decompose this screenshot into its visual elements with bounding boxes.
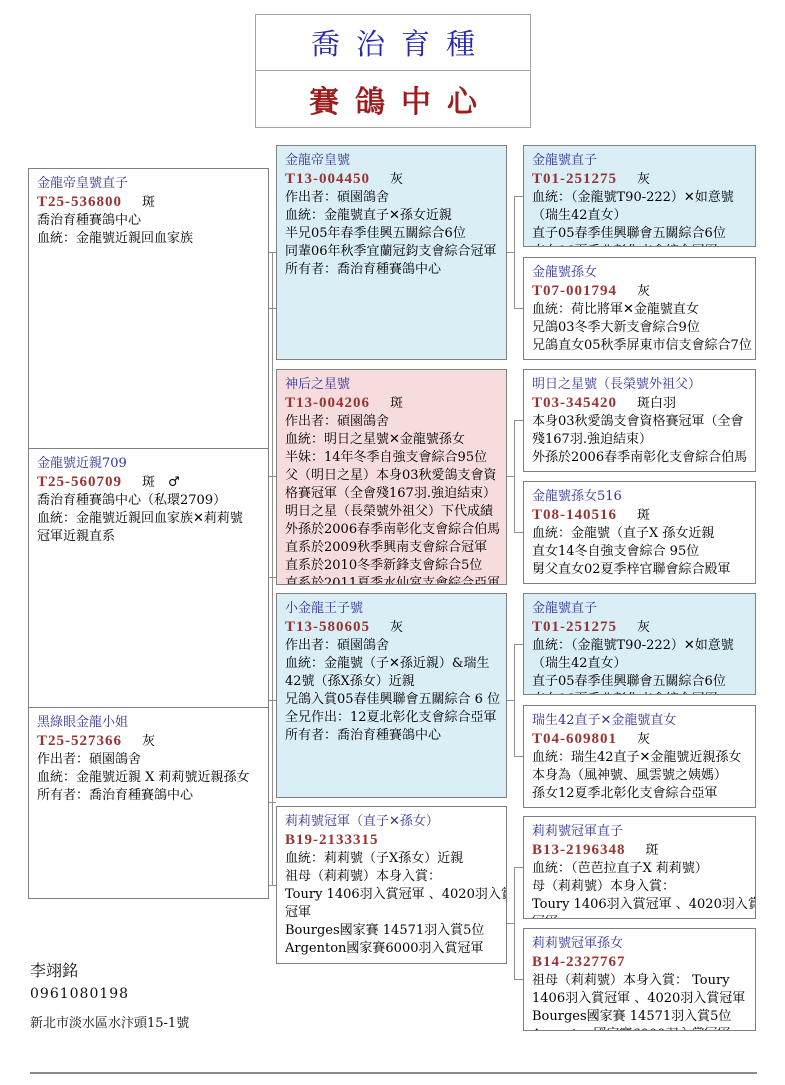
pedigree-text-line: 血統：（芭芭拉直子X 莉莉號） — [532, 860, 747, 878]
pedigree-text-line: Bourges國家賽 14571羽入賞5位 — [285, 922, 498, 940]
ring-line: T13-004206斑 — [285, 394, 498, 413]
pedigree-text-line: 直女14冬自強支會綜合 95位 — [532, 543, 747, 561]
ring-number: B14-2327767 — [532, 954, 626, 970]
connector-line — [269, 252, 276, 253]
pedigree-box-mid-2: 神后之星號 T13-004206斑 作出者：碩園鴿舍血統：明日之星號✕金龍號孫女… — [276, 369, 507, 585]
contact-address: 新北市淡水區水汴頭15-1號 — [30, 1012, 189, 1031]
pedigree-text-line: 血統：金龍號（直子X 孫女近親 — [532, 525, 747, 543]
pedigree-text-line: 作出者：碩園鴿舍 — [285, 413, 498, 431]
pedigree-text-line: 全兄作出：12夏北彰化支會綜合亞軍 — [285, 709, 498, 727]
pedigree-text-line: 半妹：14年冬季自強支會綜合95位 — [285, 449, 498, 467]
pigeon-name: 金龍號近親709 — [37, 455, 260, 473]
pedigree-text-line: 外孫於2006春季南彰化支會綜合伯馬 — [285, 521, 498, 539]
ring-number: T08-140516 — [532, 507, 617, 523]
connector-line — [507, 923, 514, 924]
pedigree-text-line: 血統：金龍號（子✕孫近親）&瑞生 — [285, 655, 498, 673]
connector-line — [514, 196, 515, 309]
ring-number: T01-251275 — [532, 619, 617, 635]
ring-number: T04-609801 — [532, 731, 617, 747]
ring-number: B13-2196348 — [532, 842, 626, 858]
pedigree-box-left-3: 黑綠眼金龍小姐 T25-527366灰 作出者：碩園鴿舍血統：金龍號近親 X 莉… — [28, 707, 269, 899]
connector-line — [269, 308, 276, 309]
pedigree-box-right-8: 莉莉號冠軍孫女 B14-2327767 祖母（莉莉號）本身入賞： Toury14… — [523, 928, 756, 1031]
header-title-line2: 賽鴿中心 — [293, 77, 493, 121]
pedigree-text-line: 冠軍近親直系 — [37, 528, 260, 546]
pedigree-text-line: 外孫於2006春季南彰化支會綜合伯馬 — [532, 449, 747, 467]
connector-line — [269, 577, 276, 578]
ring-color-note: 斑 — [637, 508, 650, 523]
ring-number: T13-004450 — [285, 171, 370, 187]
ring-line: B13-2196348斑 — [532, 841, 747, 860]
pedigree-text-line: 血統：金龍號近親回血家族✕莉莉號 — [37, 510, 260, 528]
pigeon-name: 金龍號直子 — [532, 600, 747, 618]
pedigree-text-line: Argenton國家賽6000羽入賞冠軍 — [532, 1026, 747, 1031]
pedigree-box-right-3: 明日之星號（長榮號外祖父） T03-345420斑白羽 本身03秋愛鴿支會資格賽… — [523, 369, 756, 472]
connector-line — [514, 979, 523, 980]
pedigree-text-line: 血統：（金龍號T90-222）✕如意號 — [532, 189, 747, 207]
ring-color-note: 灰 — [637, 732, 650, 747]
pedigree-text-line: 血統：金龍號直子✕孫女近親 — [285, 207, 498, 225]
connector-line — [507, 476, 514, 477]
pedigree-text-line: 冠軍 — [285, 904, 498, 922]
pedigree-text-line: 本身為（風神號、風雲號之姨媽） — [532, 767, 747, 785]
pedigree-text-line: 血統：金龍號近親回血家族 — [37, 230, 260, 248]
ring-number: T03-345420 — [532, 395, 617, 411]
pedigree-text-line: 血統：金龍號近親 X 莉莉號近親孫女 — [37, 769, 260, 787]
pedigree-text-line: 半兄05年春季佳興五關綜合6位 — [285, 225, 498, 243]
ring-number: T13-004206 — [285, 395, 370, 411]
connector-line — [269, 885, 276, 886]
ring-line: B14-2327767 — [532, 953, 747, 972]
pedigree-text-line: 兄鴿入賞05春佳興聯會五關綜合 6 位 — [285, 691, 498, 709]
pedigree-text-line: 兄鴿03冬季大新支會綜合9位 — [532, 319, 747, 337]
ring-number: T07-001794 — [532, 283, 617, 299]
pedigree-text-line: 格賽冠軍（全會殘167羽.強迫結束） — [285, 485, 498, 503]
ring-line: T13-004450灰 — [285, 170, 498, 189]
connector-line — [514, 420, 515, 533]
ring-number: T25-560709 — [37, 474, 122, 490]
ring-color-note: 斑 ♂ — [142, 475, 180, 490]
pedigree-text-line: 血統：瑞生42直子✕金龍號近親孫女 — [532, 749, 747, 767]
connector-line — [514, 756, 523, 757]
ring-line: B19-2133315 — [285, 831, 498, 850]
pedigree-text-line: （瑞生42直女） — [532, 207, 747, 225]
connector-line — [269, 802, 276, 803]
pedigree-text-line: 母（莉莉號）本身入賞： — [532, 878, 747, 896]
connector-line — [514, 532, 523, 533]
pedigree-text-line: 直系於2010冬季新鋒支會綜合5位 — [285, 557, 498, 575]
pedigree-box-mid-3: 小金龍王子號 T13-580605灰 作出者：碩園鴿舍血統：金龍號（子✕孫近親）… — [276, 593, 507, 798]
pedigree-text-line: 殘167羽.強迫結束） — [532, 431, 747, 449]
pedigree-text-line: 血統：（金龍號T90-222）✕如意號 — [532, 637, 747, 655]
connector-line — [514, 867, 515, 980]
pigeon-name: 金龍帝皇號直子 — [37, 175, 260, 193]
ring-number: T25-527366 — [37, 733, 122, 749]
ring-line: T01-251275灰 — [532, 170, 747, 189]
ring-line: T13-580605灰 — [285, 618, 498, 637]
pedigree-text-line: （瑞生42直女） — [532, 655, 747, 673]
connector-line — [514, 420, 523, 421]
pigeon-name: 神后之星號 — [285, 376, 498, 394]
connector-line — [514, 308, 523, 309]
pigeon-name: 金龍號孫女 — [532, 264, 747, 282]
pigeon-name: 莉莉號冠軍（直子✕孫女） — [285, 813, 498, 831]
pedigree-box-left-2: 金龍號近親709 T25-560709斑 ♂ 喬治育種賽鴿中心（私環2709）血… — [28, 448, 269, 708]
pedigree-text-line: 作出者：碩園鴿舍 — [285, 637, 498, 655]
connector-line — [269, 700, 276, 701]
pedigree-box-right-6: 瑞生42直子✕金龍號直女 T04-609801灰 血統：瑞生42直子✕金龍號近親… — [523, 705, 756, 808]
pigeon-name: 小金龍王子號 — [285, 600, 498, 618]
pedigree-text-line: 血統：莉莉號（子X孫女）近親 — [285, 850, 498, 868]
pedigree-text-line: Argenton國家賽6000羽入賞冠軍 — [285, 940, 498, 958]
ring-line: T01-251275灰 — [532, 618, 747, 637]
pigeon-name: 金龍號直子 — [532, 152, 747, 170]
ring-line: T07-001794灰 — [532, 282, 747, 301]
pedigree-text-line: 直女06夏季北彰化支會綜合冠軍 — [532, 243, 747, 247]
ring-line: T25-560709斑 ♂ — [37, 473, 260, 492]
pedigree-text-line: 血統：明日之星號✕金龍號孫女 — [285, 431, 498, 449]
pedigree-text-line: Bourges國家賽 14571羽入賞5位 — [532, 1008, 747, 1026]
ring-line: T08-140516斑 — [532, 506, 747, 525]
pedigree-text-line: 直子05春季佳興聯會五關綜合6位 — [532, 673, 747, 691]
pedigree-text-line: 祖母（莉莉號）本身入賞： Toury — [532, 972, 747, 990]
pedigree-text-line: 血統：荷比將軍✕金龍號直女 — [532, 301, 747, 319]
bottom-rule — [30, 1072, 757, 1074]
pedigree-box-mid-4: 莉莉號冠軍（直子✕孫女） B19-2133315 血統：莉莉號（子X孫女）近親祖… — [276, 806, 507, 964]
pedigree-box-right-1: 金龍號直子 T01-251275灰 血統：（金龍號T90-222）✕如意號（瑞生… — [523, 145, 756, 247]
pedigree-box-right-4: 金龍號孫女516 T08-140516斑 血統：金龍號（直子X 孫女近親直女14… — [523, 481, 756, 584]
pedigree-text-line: 兄鴿直女05秋季屏東市信支會綜合7位 — [532, 337, 747, 355]
ring-number: B19-2133315 — [285, 832, 379, 848]
pedigree-text-line: 直系於2009秋季興南支會綜合冠軍 — [285, 539, 498, 557]
pedigree-text-line: 直女06夏季北彰化支會綜合冠軍 — [532, 691, 747, 695]
pedigree-text-line: 明日之星（長榮號外祖父）下代成績 — [285, 503, 498, 521]
connector-line — [507, 252, 514, 253]
pedigree-text-line: Toury 1406羽入賞冠軍 、4020羽入賞 — [285, 886, 498, 904]
pedigree-text-line: 作出者：碩園鴿舍 — [285, 189, 498, 207]
ring-color-note: 斑 — [646, 843, 659, 858]
pedigree-text-line: Toury 1406羽入賞冠軍 、4020羽入賞 — [532, 896, 747, 914]
pedigree-text-line: 所有者：喬治育種賽鴿中心 — [37, 787, 260, 805]
pedigree-text-line: 1406羽入賞冠軍 、4020羽入賞冠軍 — [532, 990, 747, 1008]
header-title-line1: 喬治育種 — [295, 22, 491, 63]
pedigree-text-line: 所有者：喬治育種賽鴿中心 — [285, 261, 498, 279]
ring-color-note: 灰 — [142, 734, 155, 749]
ring-color-note: 斑 — [390, 396, 403, 411]
pedigree-text-line: 喬治育種賽鴿中心 — [37, 212, 260, 230]
connector-line — [514, 644, 515, 757]
pedigree-text-line: 孫女12夏季北彰化支會綜合亞軍 — [532, 785, 747, 803]
pedigree-text-line: 喬治育種賽鴿中心（私環2709） — [37, 492, 260, 510]
pigeon-name: 瑞生42直子✕金龍號直女 — [532, 712, 747, 730]
ring-number: T25-536800 — [37, 194, 122, 210]
pedigree-text-line: 作出者：碩園鴿舍 — [37, 751, 260, 769]
pedigree-box-right-7: 莉莉號冠軍直子 B13-2196348斑 血統：（芭芭拉直子X 莉莉號）母（莉莉… — [523, 816, 756, 919]
pedigree-box-mid-1: 金龍帝皇號 T13-004450灰 作出者：碩園鴿舍血統：金龍號直子✕孫女近親半… — [276, 145, 507, 360]
pedigree-text-line: 舅父直女02夏季梓官聯會綜合殿軍 — [532, 561, 747, 579]
pedigree-box-left-1: 金龍帝皇號直子 T25-536800斑 喬治育種賽鴿中心血統：金龍號近親回血家族 — [28, 168, 269, 449]
pedigree-text-line: 直子05春季佳興聯會五關綜合6位 — [532, 225, 747, 243]
pigeon-name: 明日之星號（長榮號外祖父） — [532, 376, 747, 394]
pigeon-name: 莉莉號冠軍孫女 — [532, 935, 747, 953]
ring-line: T25-527366灰 — [37, 732, 260, 751]
connector-line — [514, 867, 523, 868]
connector-line — [272, 252, 273, 886]
pedigree-text-line: 直系於2011夏季水仙宮支會綜合亞軍 — [285, 575, 498, 585]
pigeon-name: 金龍號孫女516 — [532, 488, 747, 506]
pedigree-text-line: 42號（孫X孫女）近親 — [285, 673, 498, 691]
ring-color-note: 斑 — [142, 195, 155, 210]
pigeon-name: 金龍帝皇號 — [285, 152, 498, 170]
ring-number: T01-251275 — [532, 171, 617, 187]
connector-line — [514, 644, 523, 645]
contact-phone: 0961080198 — [30, 986, 129, 1002]
pedigree-text-line: 所有者：喬治育種賽鴿中心 — [285, 727, 498, 745]
pedigree-text-line: 父（明日之星）本身03秋愛鴿支會資 — [285, 467, 498, 485]
pedigree-text-line: 祖母（莉莉號）本身入賞： — [285, 868, 498, 886]
ring-line: T04-609801灰 — [532, 730, 747, 749]
pedigree-text-line: 冠軍 — [532, 914, 747, 919]
contact-name: 李翊銘 — [30, 958, 78, 981]
pedigree-text-line: 本身03秋愛鴿支會資格賽冠軍（全會 — [532, 413, 747, 431]
pedigree-text-line: 同輩06年秋季宜蘭冠鈞支會綜合冠軍 — [285, 243, 498, 261]
connector-line — [507, 700, 514, 701]
header-box-racing-center: 賽鴿中心 — [255, 70, 531, 128]
pigeon-name: 黑綠眼金龍小姐 — [37, 714, 260, 732]
ring-color-note: 灰 — [637, 172, 650, 187]
pedigree-box-right-2: 金龍號孫女 T07-001794灰 血統：荷比將軍✕金龍號直女兄鴿03冬季大新支… — [523, 257, 756, 360]
pedigree-box-right-5: 金龍號直子 T01-251275灰 血統：（金龍號T90-222）✕如意號（瑞生… — [523, 593, 756, 695]
ring-color-note: 灰 — [637, 284, 650, 299]
ring-line: T03-345420斑白羽 — [532, 394, 747, 413]
ring-line: T25-536800斑 — [37, 193, 260, 212]
ring-color-note: 斑白羽 — [637, 396, 676, 411]
connector-line — [269, 476, 276, 477]
ring-color-note: 灰 — [637, 620, 650, 635]
ring-color-note: 灰 — [390, 172, 403, 187]
ring-color-note: 灰 — [390, 620, 403, 635]
ring-number: T13-580605 — [285, 619, 370, 635]
connector-line — [514, 196, 523, 197]
header-box-breeding: 喬治育種 — [255, 14, 531, 71]
pigeon-name: 莉莉號冠軍直子 — [532, 823, 747, 841]
